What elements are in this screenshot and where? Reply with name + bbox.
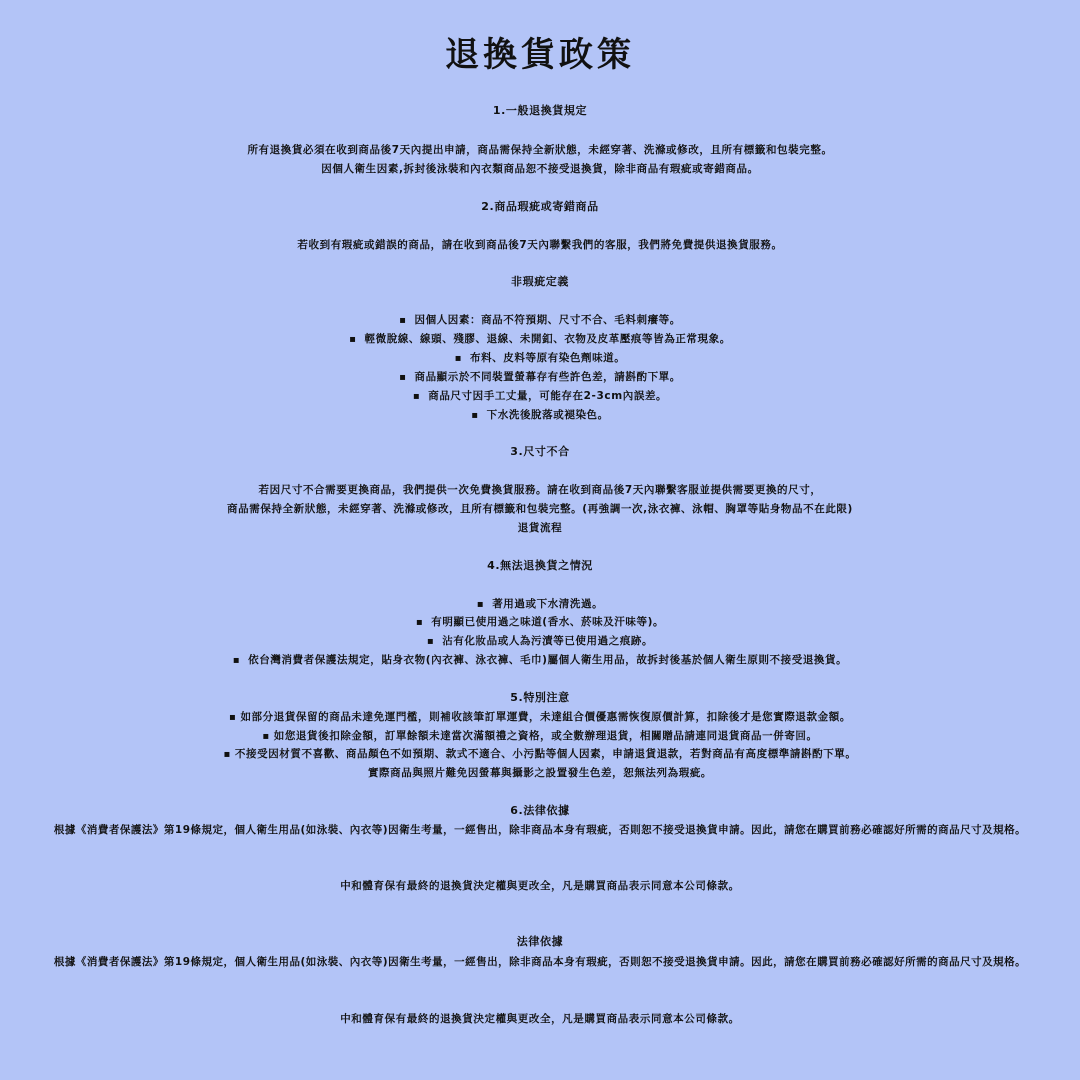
section-heading-no-return: 4.無法退換貨之情況 <box>0 559 1080 573</box>
bullet-icon <box>349 333 364 345</box>
bullet-icon <box>471 409 486 421</box>
notes-closing: 實際商品與照片難免因螢幕與攝影之設置發生色差，恕無法列為瑕疵。 <box>0 766 1080 780</box>
bullet-icon <box>262 730 273 742</box>
non-defect-item: 輕微脫線、線頭、殘膠、退線、未開釦、衣物及皮革壓痕等皆為正常現象。 <box>0 332 1080 347</box>
non-defect-item: 商品尺寸因手工丈量，可能存在2-3cm內誤差。 <box>0 389 1080 404</box>
non-defect-heading: 非瑕疵定義 <box>0 275 1080 289</box>
notes-item: 不接受因材質不喜歡、商品顏色不如預期、款式不適合、小污點等個人因素，申請退貨退款… <box>0 747 1080 762</box>
notes-item: 如部分退貨保留的商品未達免運門檻，則補收該筆訂單運費，未達組合價優惠需恢復原價計… <box>0 710 1080 725</box>
bullet-icon <box>413 390 428 402</box>
non-defect-item: 布料、皮料等原有染色劑味道。 <box>0 351 1080 366</box>
bullet-icon <box>399 314 414 326</box>
section-heading-notes: 5.特別注意 <box>0 691 1080 705</box>
no-return-item: 有明顯已使用過之味道(香水、菸味及汗味等)。 <box>0 615 1080 630</box>
legal-text-repeat: 根據《消費者保護法》第19條規定，個人衛生用品(如泳裝、內衣等)因衛生考量，一經… <box>18 953 1062 972</box>
size-text-line: 商品需保持全新狀態，未經穿著、洗滌或修改，且所有標籤和包裝完整。(再強調一次,泳… <box>0 502 1080 516</box>
page-title: 退換貨政策 <box>0 33 1080 77</box>
bullet-icon <box>229 711 240 723</box>
bullet-icon <box>399 371 414 383</box>
bullet-icon <box>477 598 492 610</box>
section-heading-legal: 6.法律依據 <box>0 804 1080 818</box>
bullet-icon <box>427 635 442 647</box>
section-heading-legal-repeat: 法律依據 <box>0 935 1080 949</box>
section-heading-defect: 2.商品瑕疵或寄錯商品 <box>0 200 1080 214</box>
legal-text: 根據《消費者保護法》第19條規定，個人衛生用品(如泳裝、內衣等)因衛生考量，一經… <box>18 821 1062 840</box>
bullet-icon <box>224 748 235 760</box>
size-text-line: 若因尺寸不合需要更換商品，我們提供一次免費換貨服務。請在收到商品後7天內聯繫客服… <box>0 483 1080 497</box>
bullet-icon <box>455 352 470 364</box>
general-text-line: 所有退換貨必須在收到商品後7天內提出申請，商品需保持全新狀態，未經穿著、洗滌或修… <box>0 143 1080 157</box>
section-heading-general: 1.一般退換貨規定 <box>0 104 1080 118</box>
no-return-item: 沾有化妝品或人為污漬等已使用過之痕跡。 <box>0 634 1080 649</box>
no-return-item: 依台灣消費者保護法規定，貼身衣物(內衣褲、泳衣褲、毛巾)屬個人衛生用品，故拆封後… <box>0 653 1080 668</box>
return-process-label: 退貨流程 <box>0 521 1080 535</box>
non-defect-item: 商品顯示於不同裝置螢幕存有些許色差，請斟酌下單。 <box>0 370 1080 385</box>
notes-item: 如您退貨後扣除金額，訂單餘額未達當次滿額禮之資格，或全數辦理退貨，相關贈品請連同… <box>0 729 1080 744</box>
section-heading-size: 3.尺寸不合 <box>0 445 1080 459</box>
defect-text-line: 若收到有瑕疵或錯誤的商品，請在收到商品後7天內聯繫我們的客服，我們將免費提供退換… <box>0 238 1080 252</box>
non-defect-item: 因個人因素：商品不符預期、尺寸不合、毛料刺癢等。 <box>0 313 1080 328</box>
return-policy-page: 退換貨政策 1.一般退換貨規定 所有退換貨必須在收到商品後7天內提出申請，商品需… <box>0 0 1080 1080</box>
bullet-icon <box>233 654 248 666</box>
bullet-icon <box>416 616 431 628</box>
company-note-repeat: 中和體育保有最終的退換貨決定權與更改全，凡是購買商品表示同意本公司條款。 <box>0 1012 1080 1026</box>
general-text-line: 因個人衛生因素,拆封後泳裝和內衣類商品恕不接受退換貨，除非商品有瑕疵或寄錯商品。 <box>0 162 1080 176</box>
no-return-item: 著用過或下水清洗過。 <box>0 597 1080 612</box>
company-note: 中和體育保有最終的退換貨決定權與更改全，凡是購買商品表示同意本公司條款。 <box>0 879 1080 893</box>
non-defect-item: 下水洗後脫落或褪染色。 <box>0 408 1080 423</box>
